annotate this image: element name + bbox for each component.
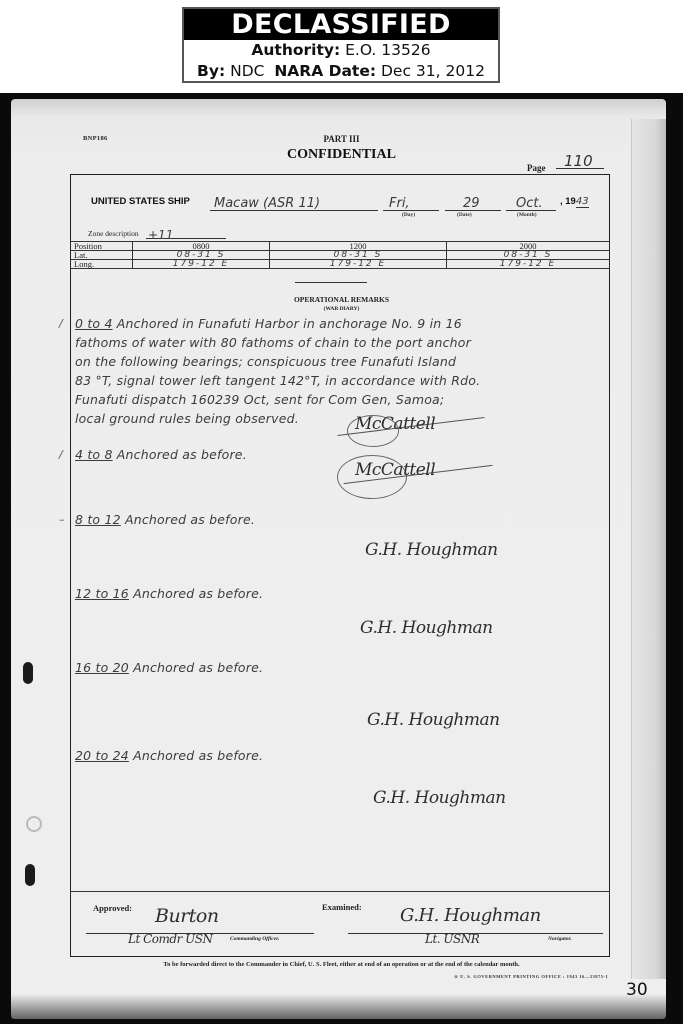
remark-entry: 16 to 20 Anchored as before. (75, 658, 263, 677)
check-mark-icon: – (59, 510, 65, 529)
stamp-by: By: NDC NARA Date: Dec 31, 2012 (184, 61, 498, 82)
binder-hole-icon (25, 864, 35, 886)
zone-label: Zone description (88, 229, 139, 238)
approval-divider (71, 891, 609, 892)
divider (295, 282, 367, 283)
paper-edge (631, 119, 666, 979)
watch-period: 4 to 8 (75, 447, 113, 462)
stamp-authority: Authority: E.O. 13526 (184, 40, 498, 61)
long-2000: 179-12 E (447, 260, 610, 269)
authority-value: E.O. 13526 (345, 41, 430, 59)
binder-hole-icon (23, 662, 33, 684)
stamp-title: DECLASSIFIED (184, 9, 498, 40)
commanding-officer-signature: Burton (155, 905, 219, 927)
ship-label: UNITED STATES SHIP (91, 196, 190, 207)
remark-entry: 20 to 24 Anchored as before. (75, 746, 263, 765)
remark-entry: – 8 to 12 Anchored as before. (75, 510, 255, 529)
paper-shadow (11, 994, 666, 1019)
authority-label: Authority: (251, 41, 340, 59)
officer-signature: McCattell (355, 460, 435, 480)
zone-field: +11 (146, 226, 226, 239)
commanding-officer-rank: Lt Comdr USN (128, 932, 212, 946)
remark-line: Anchored in Funafuti Harbor in anchorage… (117, 316, 462, 331)
zone-value: +11 (146, 228, 173, 242)
declassified-stamp: DECLASSIFIED Authority: E.O. 13526 By: N… (182, 7, 500, 83)
navigator-label: Navigator. (548, 936, 572, 942)
remark-line: local ground rules being observed. (75, 411, 299, 426)
war-diary-form (70, 174, 610, 957)
navigator-rank: Lt. USNR (425, 932, 479, 946)
remarks-subtitle: (WAR DIARY) (0, 306, 683, 312)
watch-period: 0 to 4 (75, 316, 113, 331)
navigator-signature: G.H. Houghman (400, 905, 541, 926)
remark-entry: / 4 to 8 Anchored as before. (75, 445, 247, 464)
date-value: 29 (445, 196, 480, 211)
binder-ring-icon (26, 816, 42, 832)
long-1200: 179-12 E (270, 260, 447, 269)
by-value: NDC (230, 62, 264, 80)
year-prefix: , 19 (560, 196, 576, 207)
officer-signature: G.H. Houghman (365, 540, 498, 560)
remark-entry: / 0 to 4 Anchored in Funafuti Harbor in … (75, 314, 480, 428)
day-field: Fri, (383, 194, 439, 211)
watch-period: 8 to 12 (75, 512, 121, 527)
page-number: 110 (556, 152, 604, 169)
officer-signature: McCattell (355, 414, 435, 434)
examined-label: Examined: (322, 902, 362, 912)
month-field: Oct. (506, 194, 556, 211)
check-mark-icon: / (59, 445, 63, 464)
remark-line: Anchored as before. (133, 748, 263, 763)
position-table: Position 0800 1200 2000 Lat. 08-31 S 08-… (71, 241, 609, 269)
approved-label: Approved: (93, 903, 132, 913)
day-value: Fri, (383, 196, 410, 211)
year-field: , 1943 (560, 196, 589, 207)
date-caption: (Date) (457, 212, 472, 218)
date-field: 29 (445, 194, 501, 211)
day-caption: (Day) (402, 212, 415, 218)
watch-period: 12 to 16 (75, 586, 129, 601)
remarks-title: OPERATIONAL REMARKS (0, 295, 683, 304)
officer-signature: G.H. Houghman (360, 618, 493, 638)
remark-line: Anchored as before. (133, 586, 263, 601)
check-mark-icon: / (59, 314, 63, 333)
nara-date-label: NARA Date: (274, 62, 376, 80)
page-label: Page (527, 163, 546, 173)
commanding-officer-label: Commanding Officer. (230, 936, 279, 942)
officer-signature: G.H. Houghman (373, 788, 506, 808)
table-row: Long. 179-12 E 179-12 E 179-12 E (71, 260, 609, 269)
month-caption: (Month) (517, 212, 537, 218)
remark-line: fathoms of water with 80 fathoms of chai… (75, 335, 471, 350)
row-label-long: Long. (71, 260, 133, 269)
remark-line: Anchored as before. (125, 512, 255, 527)
remark-line: 83 °T, signal tower left tangent 142°T, … (75, 373, 480, 388)
remark-line: Funafuti dispatch 160239 Oct, sent for C… (75, 392, 444, 407)
sheet-number: 30 (626, 980, 648, 1000)
long-0800: 179-12 E (133, 260, 270, 269)
remark-entry: 12 to 16 Anchored as before. (75, 584, 263, 603)
by-label: By: (197, 62, 225, 80)
nara-date-value: Dec 31, 2012 (381, 62, 485, 80)
watch-period: 20 to 24 (75, 748, 129, 763)
year-suffix: 43 (576, 196, 589, 208)
part-heading: PART III (0, 134, 683, 144)
remark-line: Anchored as before. (117, 447, 247, 462)
ship-name: Macaw (ASR 11) (210, 196, 320, 211)
forwarding-instruction: To be forwarded direct to the Commander … (0, 961, 683, 968)
officer-signature: G.H. Houghman (367, 710, 500, 730)
remark-line: Anchored as before. (133, 660, 263, 675)
ship-name-field: Macaw (ASR 11) (210, 194, 378, 211)
month-value: Oct. (506, 196, 543, 211)
printing-office-imprint: ☆ U. S. GOVERNMENT PRINTING OFFICE : 194… (454, 974, 608, 980)
remark-line: on the following bearings; conspicuous t… (75, 354, 456, 369)
watch-period: 16 to 20 (75, 660, 129, 675)
